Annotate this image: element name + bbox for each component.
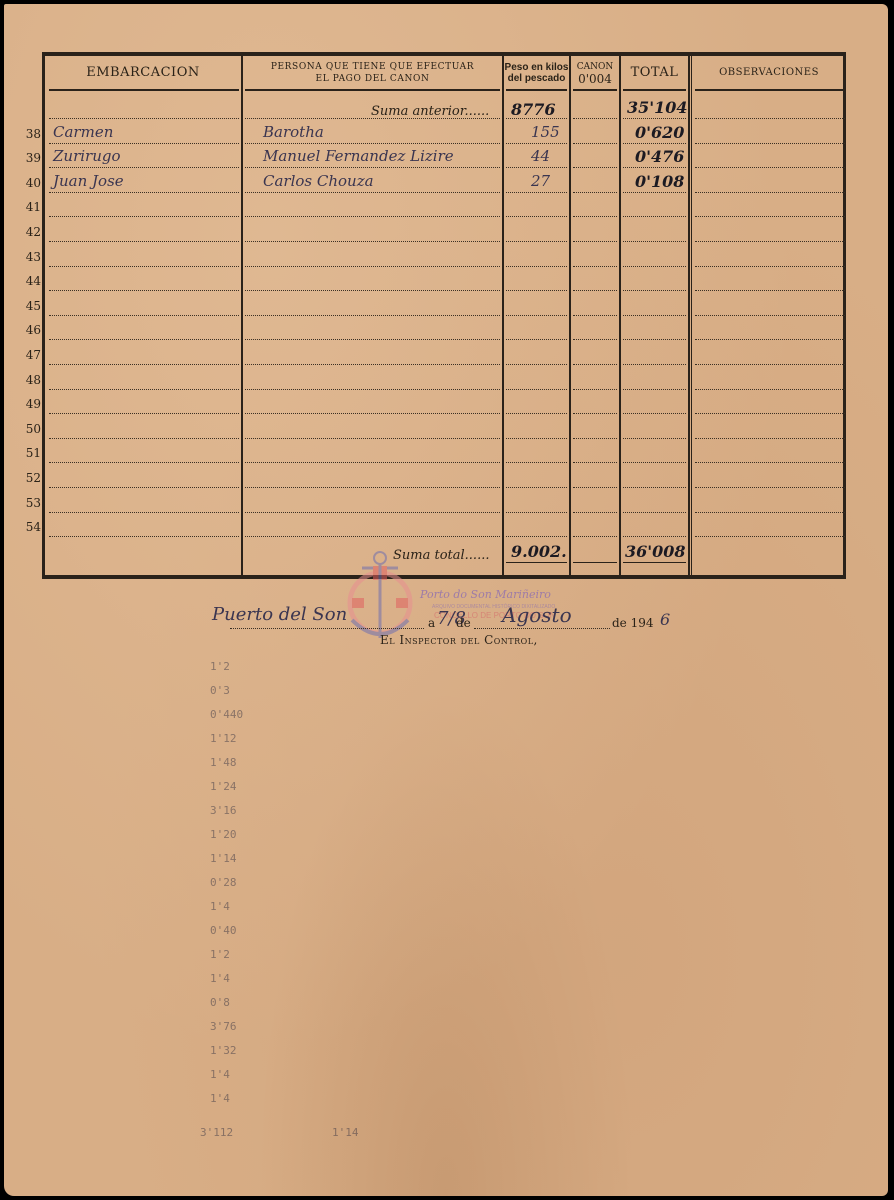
row-rule (623, 315, 686, 316)
row-rule (623, 389, 686, 390)
row-number: 38 (23, 127, 41, 141)
row-number: 44 (23, 274, 41, 288)
offset-mark: 1'20 (210, 828, 237, 841)
row-rule (623, 512, 686, 513)
row-rule (573, 192, 617, 193)
header-rule (623, 89, 686, 91)
row-rule (573, 266, 617, 267)
row-rule (573, 364, 617, 365)
row-rule (573, 462, 617, 463)
header-rule (245, 89, 500, 91)
cell-peso[interactable]: 27 (531, 172, 550, 190)
row-rule (506, 487, 567, 488)
row-number: 41 (23, 200, 41, 214)
offset-mark: 1'48 (210, 756, 237, 769)
offset-mark: 1'24 (210, 780, 237, 793)
row-rule (623, 290, 686, 291)
row-rule (49, 290, 239, 291)
row-rule (623, 167, 686, 168)
row-rule (623, 438, 686, 439)
row-number: 51 (23, 446, 41, 460)
offset-mark: 1'14 (210, 852, 237, 865)
row-rule (695, 364, 845, 365)
cell-peso[interactable]: 44 (531, 147, 550, 165)
footer-dotline (230, 628, 424, 629)
header-canon-line1: CANON (577, 61, 614, 73)
row-rule (245, 290, 500, 291)
row-rule (695, 536, 845, 537)
row-rule (623, 487, 686, 488)
row-rule (573, 143, 617, 144)
offset-mark: 1'2 (210, 660, 230, 673)
row-rule (695, 241, 845, 242)
row-rule (623, 462, 686, 463)
inspector-signature-label: El Inspector del Control, (380, 633, 538, 647)
footer-year-prefix: de 194 (612, 616, 654, 630)
row-rule (573, 241, 617, 242)
header-persona-line2: EL PAGO DEL CANON (316, 73, 430, 85)
row-rule (49, 192, 239, 193)
row-rule (506, 241, 567, 242)
row-rule (245, 216, 500, 217)
row-rule (573, 315, 617, 316)
row-rule (49, 216, 239, 217)
offset-mark: 3'112 (200, 1126, 233, 1139)
row-rule (49, 339, 239, 340)
footer-de-label: de (456, 616, 471, 630)
row-rule (695, 118, 845, 119)
header-peso-line1: Peso en kilos (505, 62, 569, 73)
row-number: 54 (23, 520, 41, 534)
row-rule (573, 118, 617, 119)
row-rule (506, 512, 567, 513)
row-rule (695, 413, 845, 414)
offset-mark: 1'4 (210, 900, 230, 913)
row-rule (245, 364, 500, 365)
offset-mark: 1'4 (210, 972, 230, 985)
row-rule (623, 536, 686, 537)
row-rule (695, 462, 845, 463)
row-rule (506, 143, 567, 144)
row-rule (623, 364, 686, 365)
row-rule (506, 216, 567, 217)
stamp-title: Porto do Son Mariñeiro (420, 588, 551, 601)
cell-persona[interactable]: Barotha (263, 123, 324, 141)
header-peso-line2: del pescado (508, 73, 566, 84)
suma-anterior-total: 35'104 (627, 98, 688, 117)
row-number: 40 (23, 176, 41, 190)
suma-total-total: 36'008 (625, 542, 686, 561)
header-rule (573, 89, 617, 91)
header-rule (506, 89, 567, 91)
row-rule (623, 241, 686, 242)
offset-mark: 0'40 (210, 924, 237, 937)
row-rule (49, 389, 239, 390)
row-number: 50 (23, 422, 41, 436)
row-rule (623, 266, 686, 267)
row-number: 47 (23, 348, 41, 362)
footer-place: Puerto del Son (212, 604, 347, 625)
row-rule (506, 315, 567, 316)
cell-embarcacion[interactable]: Zurirugo (53, 147, 121, 165)
row-rule (695, 266, 845, 267)
row-rule (49, 536, 239, 537)
suma-total-peso: 9.002. (511, 542, 567, 561)
cell-total[interactable]: 0'108 (635, 172, 684, 191)
header-rule (695, 89, 845, 91)
footer-a-label: a (428, 616, 435, 630)
canon-form-table: EMBARCACION PERSONA QUE TIENE QUE EFECTU… (42, 52, 846, 579)
row-number: 49 (23, 397, 41, 411)
header-persona: PERSONA QUE TIENE QUE EFECTUAR EL PAGO D… (243, 56, 502, 89)
row-rule (506, 364, 567, 365)
row-rule (506, 438, 567, 439)
row-rule (573, 438, 617, 439)
row-rule (506, 413, 567, 414)
header-persona-line1: PERSONA QUE TIENE QUE EFECTUAR (271, 61, 474, 73)
row-rule (623, 413, 686, 414)
row-rule (245, 438, 500, 439)
row-rule (623, 143, 686, 144)
header-canon-line2: 0'004 (578, 73, 612, 85)
row-rule (695, 315, 845, 316)
row-number: 52 (23, 471, 41, 485)
row-rule (695, 167, 845, 168)
row-rule (49, 118, 239, 119)
cell-total[interactable]: 0'476 (635, 147, 684, 166)
offset-mark: 1'4 (210, 1068, 230, 1081)
row-rule (49, 241, 239, 242)
row-rule (245, 167, 500, 168)
row-rule (506, 167, 567, 168)
row-rule (49, 315, 239, 316)
row-rule (245, 266, 500, 267)
offset-mark: 0'8 (210, 996, 230, 1009)
row-rule (695, 339, 845, 340)
row-rule (506, 290, 567, 291)
col-divider (691, 56, 692, 575)
total-underline (573, 562, 617, 563)
row-number: 42 (23, 225, 41, 239)
footer-dotline (474, 628, 610, 629)
row-rule (49, 167, 239, 168)
offset-mark: 1'12 (210, 732, 237, 745)
row-rule (573, 216, 617, 217)
offset-mark: 1'4 (210, 1092, 230, 1105)
row-rule (573, 389, 617, 390)
col-divider (569, 56, 571, 575)
cell-embarcacion[interactable]: Carmen (53, 123, 113, 141)
row-rule (49, 512, 239, 513)
row-rule (245, 536, 500, 537)
row-number: 45 (23, 299, 41, 313)
col-divider (619, 56, 621, 575)
row-rule (245, 339, 500, 340)
row-rule (506, 266, 567, 267)
row-number: 53 (23, 496, 41, 510)
offset-mark: 3'16 (210, 804, 237, 817)
row-rule (506, 192, 567, 193)
row-rule (506, 339, 567, 340)
row-rule (245, 143, 500, 144)
row-rule (695, 389, 845, 390)
row-rule (506, 389, 567, 390)
row-rule (245, 462, 500, 463)
row-rule (49, 266, 239, 267)
cell-embarcacion[interactable]: Juan Jose (53, 172, 124, 190)
row-rule (506, 536, 567, 537)
row-rule (573, 167, 617, 168)
cell-peso[interactable]: 155 (531, 123, 560, 141)
row-rule (695, 192, 845, 193)
cell-persona[interactable]: Carlos Chouza (263, 172, 374, 190)
row-rule (245, 487, 500, 488)
row-number: 46 (23, 323, 41, 337)
offset-mark: 0'28 (210, 876, 237, 889)
row-rule (573, 290, 617, 291)
row-rule (49, 487, 239, 488)
row-rule (49, 413, 239, 414)
total-underline (623, 562, 686, 563)
header-observaciones: OBSERVACIONES (693, 56, 845, 89)
row-number: 43 (23, 250, 41, 264)
row-rule (695, 512, 845, 513)
header-peso: Peso en kilos del pescado (504, 56, 569, 89)
row-rule (49, 462, 239, 463)
footer-year-digit: 6 (660, 610, 670, 629)
row-rule (245, 118, 500, 119)
row-rule (573, 512, 617, 513)
header-rule (49, 89, 239, 91)
offset-mark: 3'76 (210, 1020, 237, 1033)
row-number: 39 (23, 151, 41, 165)
offset-mark: 0'3 (210, 684, 230, 697)
row-rule (245, 241, 500, 242)
col-divider (688, 56, 690, 575)
header-canon: CANON 0'004 (571, 56, 619, 89)
row-rule (245, 413, 500, 414)
row-rule (49, 143, 239, 144)
row-rule (49, 364, 239, 365)
row-rule (695, 143, 845, 144)
col-divider (241, 56, 243, 575)
suma-anterior-label: Suma anterior...... (371, 104, 489, 119)
offset-mark: 1'2 (210, 948, 230, 961)
row-rule (573, 487, 617, 488)
row-rule (506, 462, 567, 463)
row-rule (245, 192, 500, 193)
row-rule (506, 118, 567, 119)
row-rule (623, 216, 686, 217)
row-rule (245, 512, 500, 513)
row-rule (695, 216, 845, 217)
col-divider (502, 56, 504, 575)
row-rule (245, 315, 500, 316)
offset-mark: 1'14 (332, 1126, 359, 1139)
row-rule (623, 192, 686, 193)
total-underline (506, 562, 567, 563)
cell-total[interactable]: 0'620 (635, 123, 684, 142)
row-rule (695, 487, 845, 488)
row-rule (695, 438, 845, 439)
row-rule (573, 339, 617, 340)
row-rule (623, 118, 686, 119)
row-rule (573, 536, 617, 537)
header-total: TOTAL (621, 56, 688, 89)
suma-anterior-peso: 8776 (511, 100, 556, 119)
cell-persona[interactable]: Manuel Fernandez Lizire (263, 147, 454, 165)
row-rule (49, 438, 239, 439)
offset-mark: 1'32 (210, 1044, 237, 1057)
row-rule (573, 413, 617, 414)
row-rule (245, 389, 500, 390)
footer-month: Agosto (502, 603, 572, 627)
row-number: 48 (23, 373, 41, 387)
offset-mark: 0'440 (210, 708, 243, 721)
row-rule (695, 290, 845, 291)
header-embarcacion: EMBARCACION (45, 56, 241, 89)
row-rule (623, 339, 686, 340)
